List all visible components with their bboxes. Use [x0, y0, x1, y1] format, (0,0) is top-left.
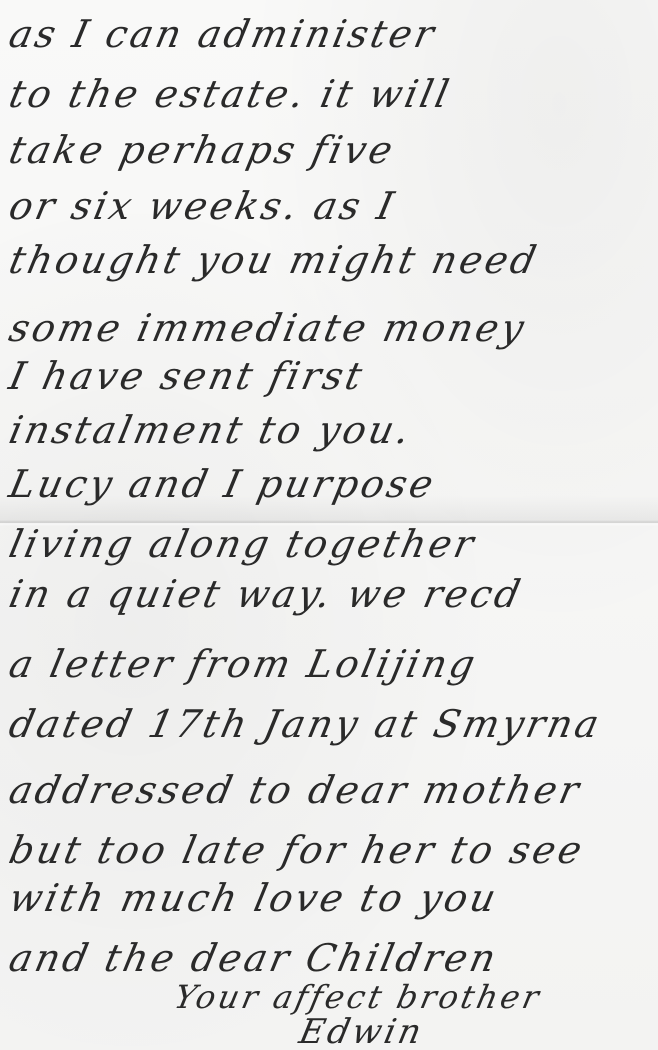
letter-line: as I can administer	[5, 12, 440, 56]
letter-line: Lucy and I purpose	[5, 462, 440, 506]
letter-line: to the estate. it will	[5, 72, 455, 116]
letter-line: with much love to you	[5, 876, 502, 920]
letter-line: thought you might need	[5, 238, 543, 282]
letter-line: dated 17th Jany at Smyrna	[5, 702, 605, 746]
letter-line: in a quiet way. we recd	[5, 572, 527, 616]
letter-closing: Your affect brother	[171, 978, 545, 1016]
letter-line: living along together	[5, 522, 480, 566]
letter-line: addressed to dear mother	[5, 768, 585, 812]
letter-line: take perhaps five	[5, 128, 399, 172]
letter-line: some immediate money	[5, 306, 530, 350]
letter-line: I have sent first	[5, 354, 369, 398]
letter-line: instalment to you.	[5, 408, 416, 452]
letter-line: and the dear Children	[5, 936, 502, 980]
letter-line: a letter from Lolijing	[5, 642, 481, 686]
letter-line: but too late for her to see	[5, 828, 588, 872]
letter-signature: Edwin	[296, 1012, 428, 1050]
letter-line: or six weeks. as I	[5, 184, 400, 228]
